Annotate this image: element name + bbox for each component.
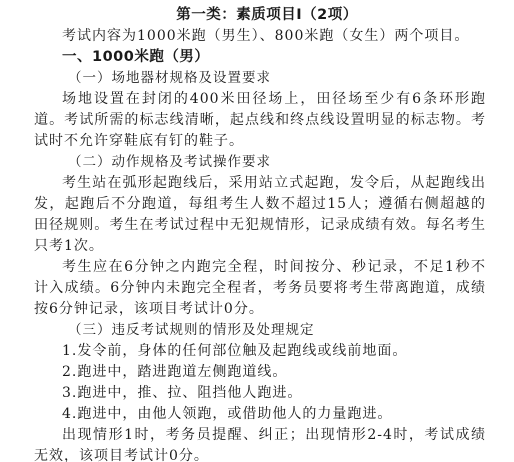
paragraph: 考生应在6分钟之内跑完全程，时间按分、秒记录，不足1秒不计入成绩。6分钟内未跑完… bbox=[34, 257, 486, 320]
list-item: 1.发令前，身体的任何部位触及起跑线或线前地面。 bbox=[34, 341, 486, 362]
subsection-2-body: 考生站在弧形起跑线后，采用站立式起跑，发令后，从起跑线出发，起跑后不分跑道，每组… bbox=[34, 173, 486, 320]
subsection-heading-3: （三）违反考试规则的情形及处理规定 bbox=[34, 320, 486, 341]
list-item: 2.跑进中，踏进跑道左侧跑道线。 bbox=[34, 362, 486, 383]
paragraph: 考生站在弧形起跑线后，采用站立式起跑，发令后，从起跑线出发，起跑后不分跑道，每组… bbox=[34, 173, 486, 257]
paragraph: 出现情形1时，考务员提醒、纠正；出现情形2-4时，考试成绩无效，该项目考试计0分… bbox=[34, 425, 486, 462]
list-item: 3.跑进中，推、拉、阻挡他人跑进。 bbox=[34, 383, 486, 404]
document-title: 第一类：素质项目Ⅰ（2项） bbox=[34, 4, 486, 26]
paragraph: 场地设置在封闭的400米田径场上，田径场至少有6条环形跑道。考试所需的标志线清晰… bbox=[34, 89, 486, 152]
subsection-1-body: 场地设置在封闭的400米田径场上，田径场至少有6条环形跑道。考试所需的标志线清晰… bbox=[34, 89, 486, 152]
section-heading: 一、1000米跑（男） bbox=[34, 47, 486, 68]
list-item: 4.跑进中，由他人领跑，或借助他人的力量跑进。 bbox=[34, 404, 486, 425]
subsection-3-body: 出现情形1时，考务员提醒、纠正；出现情形2-4时，考试成绩无效，该项目考试计0分… bbox=[34, 425, 486, 462]
document-page: 第一类：素质项目Ⅰ（2项） 考试内容为1000米跑（男生）、800米跑（女生）两… bbox=[34, 4, 486, 462]
subsection-heading-1: （一）场地器材规格及设置要求 bbox=[34, 68, 486, 89]
intro-text: 考试内容为1000米跑（男生）、800米跑（女生）两个项目。 bbox=[34, 26, 486, 47]
subsection-heading-2: （二）动作规格及考试操作要求 bbox=[34, 152, 486, 173]
